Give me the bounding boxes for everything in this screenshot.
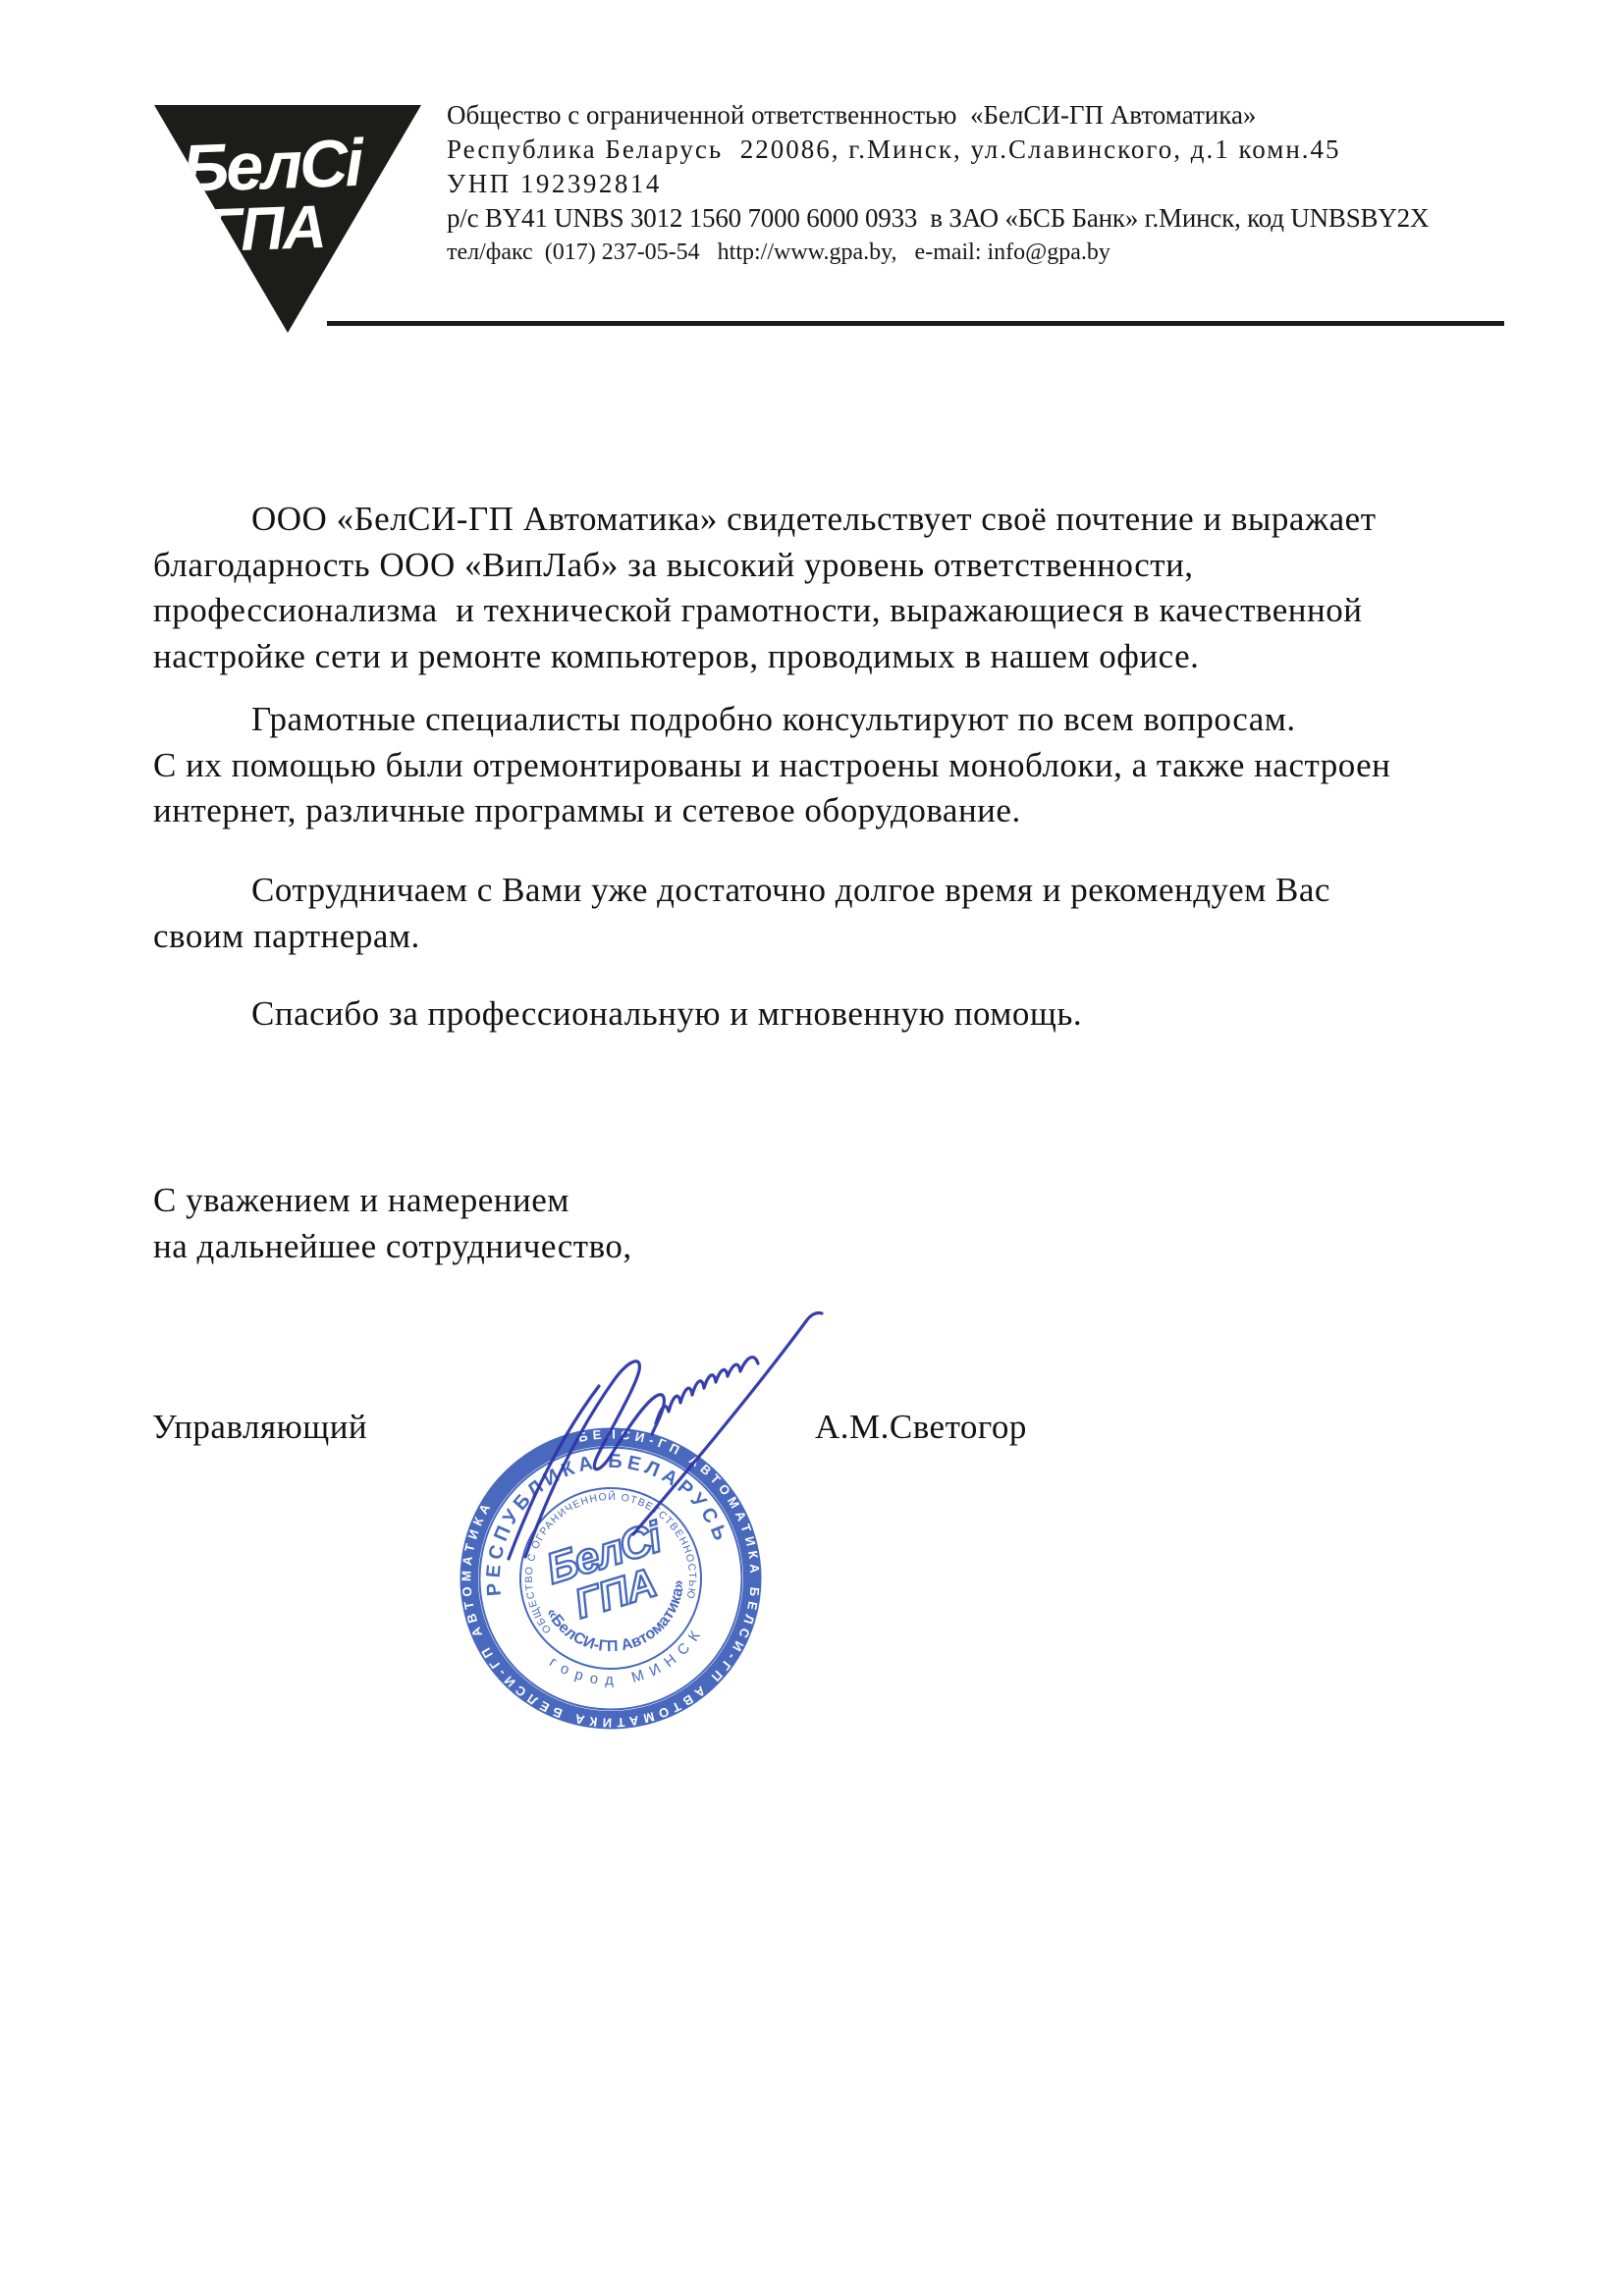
paragraph-line: Сотрудничаем с Вами уже достаточно долго… <box>251 868 1528 914</box>
paragraph-line: Спасибо за профессиональную и мгновенную… <box>251 991 1528 1038</box>
paragraph-line: С их помощью были отремонтированы и наст… <box>153 743 1528 789</box>
logo-text-line1: БелСі <box>181 130 361 202</box>
paragraph-line: благодарность ООО «ВипЛаб» за высокий ур… <box>153 543 1528 589</box>
paragraph-line: Грамотные специалисты подробно консульти… <box>251 697 1528 743</box>
letterhead: Общество с ограниченной ответственностью… <box>447 98 1429 270</box>
paragraph-line: профессионализма и технической грамотнос… <box>153 588 1528 634</box>
letterhead-contacts: тел/факс (017) 237-05-54 http://www.gpa.… <box>447 236 1429 270</box>
letterhead-address: Республика Беларусь 220086, г.Минск, ул.… <box>447 133 1429 167</box>
closing-line: на дальнейшее сотрудничество, <box>153 1224 1528 1270</box>
closing-block: С уважением и намерением на дальнейшее с… <box>153 1178 1528 1269</box>
paragraph-line: ООО «БелСИ-ГП Автоматика» свидетельствуе… <box>251 497 1528 543</box>
signature-stroke-flourish <box>633 1312 822 1534</box>
paragraph-line: интернет, различные программы и сетевое … <box>153 788 1528 834</box>
letterhead-company-name: Общество с ограниченной ответственностью… <box>447 98 1429 133</box>
company-logo-triangle: БелСі ГПА <box>154 105 421 333</box>
logo-text-line2: ГПА <box>204 197 326 262</box>
signature-title: Управляющий <box>152 1408 367 1447</box>
handwritten-signature <box>432 1286 844 1610</box>
paragraph-thanks: Спасибо за профессиональную и мгновенную… <box>153 991 1528 1038</box>
paragraph-specialists: Грамотные специалисты подробно консульти… <box>153 697 1528 834</box>
paragraph-line: своим партнерам. <box>153 914 1528 960</box>
signature-stroke-zigzag <box>656 1358 758 1423</box>
letterhead-unp: УНП 192392814 <box>447 167 1429 201</box>
paragraph-cooperation: Сотрудничаем с Вами уже достаточно долго… <box>153 868 1528 959</box>
separator-rule <box>327 321 1504 326</box>
closing-line: С уважением и намерением <box>153 1178 1528 1224</box>
signature-name: А.М.Светогор <box>815 1408 1027 1447</box>
letterhead-bank-account: р/с BY41 UNBS 3012 1560 7000 6000 0933 в… <box>447 201 1429 236</box>
paragraph-gratitude: ООО «БелСИ-ГП Автоматика» свидетельствуе… <box>153 497 1528 679</box>
paragraph-line: настройке сети и ремонте компьютеров, пр… <box>153 634 1528 680</box>
signature-stroke-tail <box>509 1386 599 1559</box>
